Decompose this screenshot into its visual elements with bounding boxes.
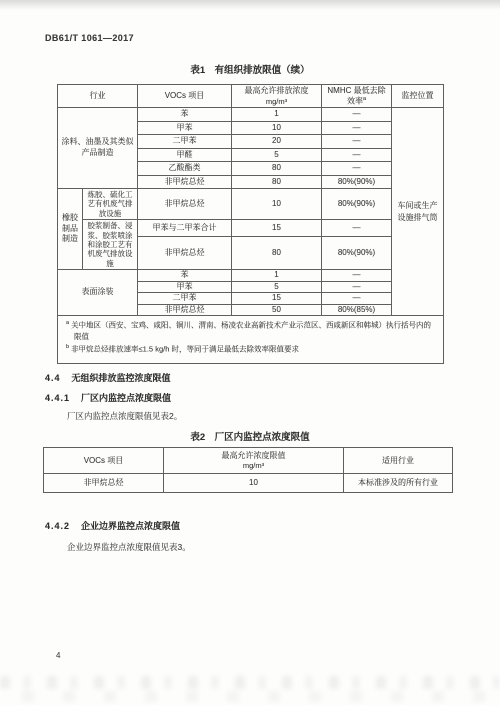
scanned-document-page: DB61/T 1061—2017 表1 有组织排放限值（续） 行业 VOCs 项… <box>0 0 500 706</box>
vocs-item: 二甲苯 <box>138 293 232 305</box>
concentration-value: 20 <box>232 135 322 149</box>
scan-artifact-bottom <box>0 662 500 704</box>
concentration-value: 15 <box>232 293 322 305</box>
section-title: 企业边界监控点浓度限值 <box>81 521 180 531</box>
concentration-value: 5 <box>232 148 322 162</box>
max-concentration-label: 最高允许浓度限值 <box>222 451 286 460</box>
efficiency-value: 80%(85%) <box>322 304 392 316</box>
concentration-value: 10 <box>164 474 344 493</box>
max-concentration-label: 最高允许排放浓度 <box>245 86 309 95</box>
table2-header-applicable-industry: 适用行业 <box>344 448 453 474</box>
concentration-unit: mg/m³ <box>234 97 319 106</box>
process-cement-dipping-spraying: 胶浆制备、浸浆、胶浆喷涂和涂胶工艺有机废气排放设施 <box>83 220 138 270</box>
section-4-4-1-heading: 4.4.1厂区内监控点浓度限值 <box>45 391 171 404</box>
table2-title: 表2 厂区内监控点浓度限值 <box>0 429 500 443</box>
section-title: 无组织排放监控浓度限值 <box>72 373 171 383</box>
footnote-b: b非甲烷总烃排放速率≤1.5 kg/h 时，等同于满足最低去除效率限值要求 <box>66 343 433 355</box>
concentration-value: 80 <box>232 162 322 176</box>
concentration-value: 10 <box>232 121 322 135</box>
section-4-4-2-body: 企业边界监控点浓度限值见表3。 <box>67 541 191 553</box>
efficiency-value: — <box>322 162 392 176</box>
doc-number: DB61/T 1061—2017 <box>45 33 134 43</box>
table2-header-max-concentration: 最高允许浓度限值mg/m³ <box>164 448 344 474</box>
concentration-value: 80 <box>232 175 322 189</box>
efficiency-value: — <box>322 121 392 135</box>
table1-header-industry: 行业 <box>58 85 138 108</box>
vocs-item: 非甲烷总烃 <box>138 304 232 316</box>
concentration-unit: mg/m³ <box>166 461 341 470</box>
section-title: 厂区内监控点浓度限值 <box>81 393 171 403</box>
table-row: 橡胶制品制造 炼胶、硫化工艺有机废气排放设施 非甲烷总烃 10 80%(90%) <box>58 189 444 220</box>
table-row-footnotes: a关中地区（西安、宝鸡、咸阳、铜川、渭南、杨凌农业高新技术产业示范区、西咸新区和… <box>58 316 444 364</box>
efficiency-value: 80%(90%) <box>322 175 392 189</box>
table-row: 涂料、油墨及其类似产品制造 苯 1 — 车间或生产设施排气筒 <box>58 108 444 122</box>
industry-coating-ink: 涂料、油墨及其类似产品制造 <box>58 108 138 189</box>
industry-surface-coating: 表面涂装 <box>58 270 138 316</box>
vocs-item: 非甲烷总烃 <box>44 474 164 493</box>
section-number: 4.4 <box>45 373 61 383</box>
efficiency-value: 80%(90%) <box>322 189 392 220</box>
table2-plant-monitor-limits: VOCs 项目 最高允许浓度限值mg/m³ 适用行业 非甲烷总烃 10 本标准涉… <box>43 447 453 493</box>
vocs-item: 甲苯 <box>138 121 232 135</box>
efficiency-value: — <box>322 220 392 237</box>
table1-header-max-concentration: 最高允许排放浓度mg/m³ <box>232 85 322 108</box>
monitor-position-cell: 车间或生产设施排气筒 <box>392 108 444 316</box>
efficiency-value: — <box>322 270 392 282</box>
efficiency-value: 80%(90%) <box>322 236 392 269</box>
table1-header-vocs-item: VOCs 项目 <box>138 85 232 108</box>
concentration-value: 10 <box>232 189 322 220</box>
footnote-b-mark: b <box>66 344 69 350</box>
vocs-item: 甲苯 <box>138 281 232 293</box>
table-row: 非甲烷总烃 10 本标准涉及的所有行业 <box>44 474 453 493</box>
footnote-b-text: 非甲烷总烃排放速率≤1.5 kg/h 时，等同于满足最低去除效率限值要求 <box>71 344 299 353</box>
scan-edge-top <box>0 0 500 10</box>
table1-organized-emission-limits: 行业 VOCs 项目 最高允许排放浓度mg/m³ NMHC 最低去除效率a 监控… <box>57 84 444 364</box>
section-4-4-heading: 4.4无组织排放监控浓度限值 <box>45 371 171 384</box>
vocs-item: 苯 <box>138 108 232 122</box>
vocs-item: 甲苯与二甲苯合计 <box>138 220 232 237</box>
table-row: 胶浆制备、浸浆、胶浆喷涂和涂胶工艺有机废气排放设施 甲苯与二甲苯合计 15 — <box>58 220 444 237</box>
table1-footnotes: a关中地区（西安、宝鸡、咸阳、铜川、渭南、杨凌农业高新技术产业示范区、西咸新区和… <box>58 316 444 364</box>
concentration-value: 50 <box>232 304 322 316</box>
footnote-a-marker: a <box>363 96 366 102</box>
concentration-value: 15 <box>232 220 322 237</box>
table1-header-nmhc-efficiency: NMHC 最低去除效率a <box>322 85 392 108</box>
section-number: 4.4.1 <box>45 393 70 403</box>
efficiency-value: — <box>322 148 392 162</box>
vocs-item: 非甲烷总烃 <box>138 236 232 269</box>
page-number: 4 <box>56 651 60 660</box>
footnote-a-text: 关中地区（西安、宝鸡、咸阳、铜川、渭南、杨凌农业高新技术产业示范区、西咸新区和韩… <box>71 321 431 342</box>
table-row: 表面涂装 苯 1 — <box>58 270 444 282</box>
concentration-value: 1 <box>232 270 322 282</box>
concentration-value: 5 <box>232 281 322 293</box>
vocs-item: 甲醛 <box>138 148 232 162</box>
vocs-item: 苯 <box>138 270 232 282</box>
process-mixing-vulcanizing: 炼胶、硫化工艺有机废气排放设施 <box>83 189 138 220</box>
footnote-a-mark: a <box>66 320 69 326</box>
vocs-item: 乙酸酯类 <box>138 162 232 176</box>
efficiency-value: — <box>322 281 392 293</box>
concentration-value: 1 <box>232 108 322 122</box>
concentration-value: 80 <box>232 236 322 269</box>
footnote-a: a关中地区（西安、宝鸡、咸阳、铜川、渭南、杨凌农业高新技术产业示范区、西咸新区和… <box>66 319 433 343</box>
vocs-item: 二甲苯 <box>138 135 232 149</box>
applicable-industry-value: 本标准涉及的所有行业 <box>344 474 453 493</box>
section-4-4-2-heading: 4.4.2企业边界监控点浓度限值 <box>45 519 180 532</box>
efficiency-value: — <box>322 108 392 122</box>
table1-title: 表1 有组织排放限值（续） <box>0 62 500 76</box>
industry-rubber-products: 橡胶制品制造 <box>58 189 83 270</box>
table1-header-monitor-position: 监控位置 <box>392 85 444 108</box>
section-number: 4.4.2 <box>45 521 70 531</box>
vocs-item: 非甲烷总烃 <box>138 175 232 189</box>
section-4-4-1-body: 厂区内监控点浓度限值见表2。 <box>67 410 182 422</box>
efficiency-value: — <box>322 293 392 305</box>
nmhc-efficiency-label: NMHC 最低去除效率 <box>327 86 385 105</box>
vocs-item: 非甲烷总烃 <box>138 189 232 220</box>
table2-header-vocs-item: VOCs 项目 <box>44 448 164 474</box>
efficiency-value: — <box>322 135 392 149</box>
